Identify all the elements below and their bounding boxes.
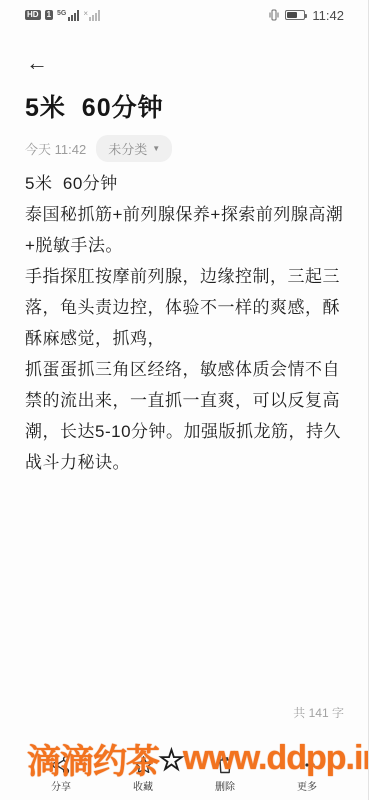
note-timestamp: 今天 11:42 bbox=[25, 139, 86, 158]
battery-icon bbox=[285, 10, 305, 20]
more-button[interactable]: 更多 bbox=[266, 754, 348, 793]
share-label: 分享 bbox=[51, 778, 71, 793]
vibrate-icon bbox=[267, 9, 281, 21]
hd-badge-icon: HD bbox=[25, 10, 41, 20]
category-label: 未分类 bbox=[108, 139, 147, 158]
trash-icon bbox=[216, 754, 234, 776]
note-body-line: 抓蛋蛋抓三角区经络，敏感体质会情不自禁的流出来，一直抓一直爽，可以反复高潮，长达… bbox=[25, 354, 346, 478]
note-body-line: 5米 60分钟 bbox=[25, 168, 346, 199]
back-button[interactable]: ← bbox=[22, 48, 52, 78]
share-button[interactable]: 分享 bbox=[20, 754, 102, 793]
sim1-badge-icon: 1 bbox=[45, 10, 53, 20]
more-label: 更多 bbox=[297, 778, 317, 793]
note-body[interactable]: 5米 60分钟 泰国秘抓筋+前列腺保养+探索前列腺高潮+脱敏手法。 手指探肛按摩… bbox=[25, 168, 346, 478]
favorite-button[interactable]: 收藏 bbox=[102, 754, 184, 793]
favorite-label: 收藏 bbox=[133, 778, 153, 793]
status-bar: HD 1 5G × 11:42 bbox=[0, 0, 368, 30]
note-meta-row: 今天 11:42 未分类 ▼ bbox=[25, 135, 348, 162]
bottom-toolbar: 分享 收藏 删除 bbox=[0, 746, 368, 800]
share-icon bbox=[51, 754, 71, 776]
status-bar-left: HD 1 5G × bbox=[25, 10, 100, 21]
note-body-line: 泰国秘抓筋+前列腺保养+探索前列腺高潮+脱敏手法。 bbox=[25, 199, 346, 261]
note-title: 5米 60分钟 bbox=[25, 88, 348, 124]
word-count: 共 141 字 bbox=[293, 704, 344, 721]
clock-text: 11:42 bbox=[312, 8, 344, 23]
signal-5g-icon: 5G bbox=[57, 10, 79, 21]
delete-label: 删除 bbox=[215, 778, 235, 793]
category-selector[interactable]: 未分类 ▼ bbox=[96, 135, 172, 162]
note-body-line: 手指探肛按摩前列腺，边缘控制，三起三落，龟头责边控，体验不一样的爽感，酥酥麻感觉… bbox=[25, 261, 346, 354]
star-icon bbox=[133, 754, 154, 776]
signal-no-service-icon: × bbox=[83, 10, 100, 21]
more-icon bbox=[297, 754, 317, 776]
phone-screen: HD 1 5G × 11:42 ← 5米 60分钟 bbox=[0, 0, 369, 800]
delete-button[interactable]: 删除 bbox=[184, 754, 266, 793]
back-arrow-icon: ← bbox=[26, 50, 48, 76]
status-bar-right: 11:42 bbox=[267, 8, 344, 23]
chevron-down-icon: ▼ bbox=[152, 144, 160, 153]
